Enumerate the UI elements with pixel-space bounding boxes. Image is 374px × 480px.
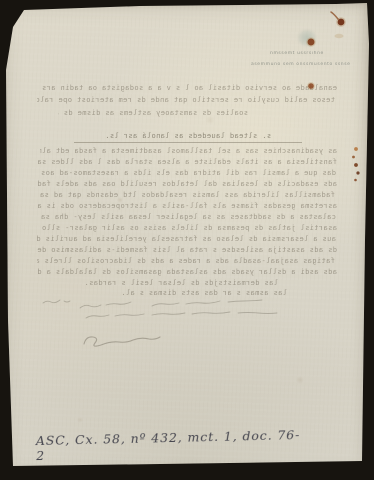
signature-scribble (84, 337, 160, 346)
right-edge-drip-stain (352, 147, 360, 181)
paper-sheet: nmssemt ussrsihne asemmuno sem onssmusen… (0, 0, 374, 480)
handwriting-show-through (43, 300, 277, 318)
archival-reference-note: ASC, Cx. 58, nº 432, mct. 1, doc. 76-2 (36, 427, 307, 463)
rust-stains (306, 12, 346, 90)
document-scan: nmssemt ussrsihne asemmuno sem onssmusen… (0, 0, 374, 480)
stains-and-signature-layer (0, 0, 374, 480)
